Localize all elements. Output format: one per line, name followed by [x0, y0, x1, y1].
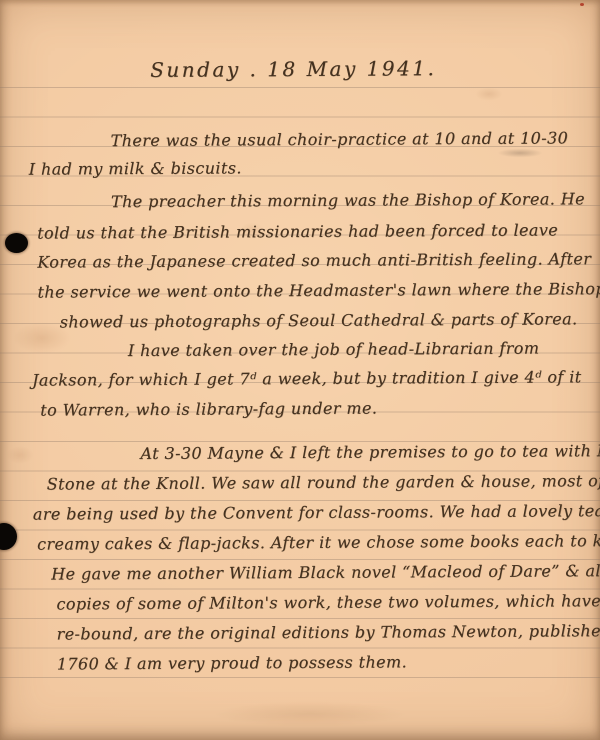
- diary-line: At 3-30 Mayne & I left the premises to g…: [140, 440, 600, 465]
- diary-line: Stone at the Knoll. We saw all round the…: [47, 470, 600, 496]
- diary-line: showed us photographs of Seoul Cathedral…: [60, 308, 578, 333]
- diary-line: to Warren, who is library-fag under me.: [40, 398, 377, 422]
- diary-line: I had my milk & biscuits.: [29, 157, 242, 180]
- diary-line: Korea as the Japanese created so much an…: [37, 248, 591, 273]
- diary-line: creamy cakes & flap-jacks. After it we c…: [37, 530, 600, 556]
- diary-line: I have taken over the job of head-Librar…: [128, 338, 540, 363]
- diary-photo: Sunday . 18 May 1941. There was the usua…: [0, 0, 600, 740]
- handwriting-layer: Sunday . 18 May 1941. There was the usua…: [0, 0, 600, 740]
- diary-line: Jackson, for which I get 7ᵈ a week, but …: [32, 366, 582, 391]
- diary-line: The preacher this morning was the Bishop…: [111, 188, 585, 213]
- diary-line: are being used by the Convent for class-…: [33, 500, 600, 526]
- diary-line: told us that the British missionaries ha…: [37, 219, 558, 244]
- diary-line: There was the usual choir-practice at 10…: [111, 127, 569, 152]
- diary-line: the service we went onto the Headmaster'…: [37, 278, 600, 303]
- diary-line: He gave me another William Black novel “…: [51, 560, 600, 586]
- diary-line: copies of some of Milton's work, these t…: [56, 589, 600, 615]
- date-heading: Sunday . 18 May 1941.: [150, 57, 436, 81]
- diary-line: re-bound, are the original editions by T…: [57, 620, 600, 646]
- diary-line: 1760 & I am very proud to possess them.: [57, 651, 407, 675]
